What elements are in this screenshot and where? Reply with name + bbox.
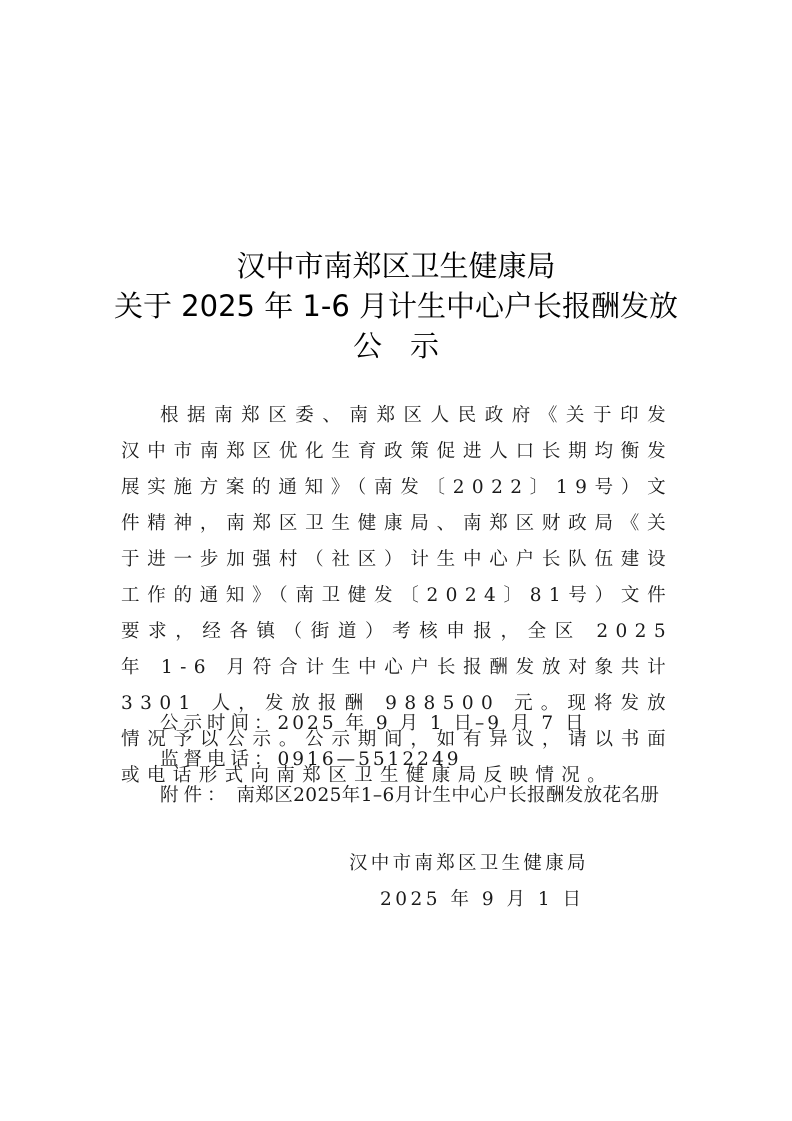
signature-organization: 汉中市南郑区卫生健康局 [349, 846, 589, 882]
notice-period-value: 2025 年 9 月 1 日–9 月 7 日 [278, 713, 587, 734]
attachment-label: 附件： [160, 785, 231, 806]
signature-date: 2025 年 9 月 1 日 [380, 882, 585, 918]
title-line-issuer: 汉中市南郑区卫生健康局 [0, 246, 792, 286]
notice-period-line: 公示时间：2025 年 9 月 1 日–9 月 7 日 [160, 706, 586, 742]
document-page: 汉中市南郑区卫生健康局 关于 2025 年 1-6 月计生中心户长报酬发放 公示… [0, 0, 792, 1121]
title-line-subject: 关于 2025 年 1-6 月计生中心户长报酬发放 [0, 286, 792, 326]
attachment-line: 附件： 南郑区2025年1–6月计生中心户长报酬发放花名册 [160, 778, 659, 814]
notice-period-label: 公示时间： [160, 713, 278, 734]
supervision-phone-value: 0916—5512249 [278, 749, 462, 770]
supervision-phone-label: 监督电话： [160, 749, 278, 770]
supervision-phone-line: 监督电话：0916—5512249 [160, 742, 462, 778]
document-title: 汉中市南郑区卫生健康局 关于 2025 年 1-6 月计生中心户长报酬发放 公示 [0, 246, 792, 366]
attachment-value: 南郑区2025年1–6月计生中心户长报酬发放花名册 [236, 785, 659, 806]
title-line-notice: 公示 [0, 326, 792, 366]
